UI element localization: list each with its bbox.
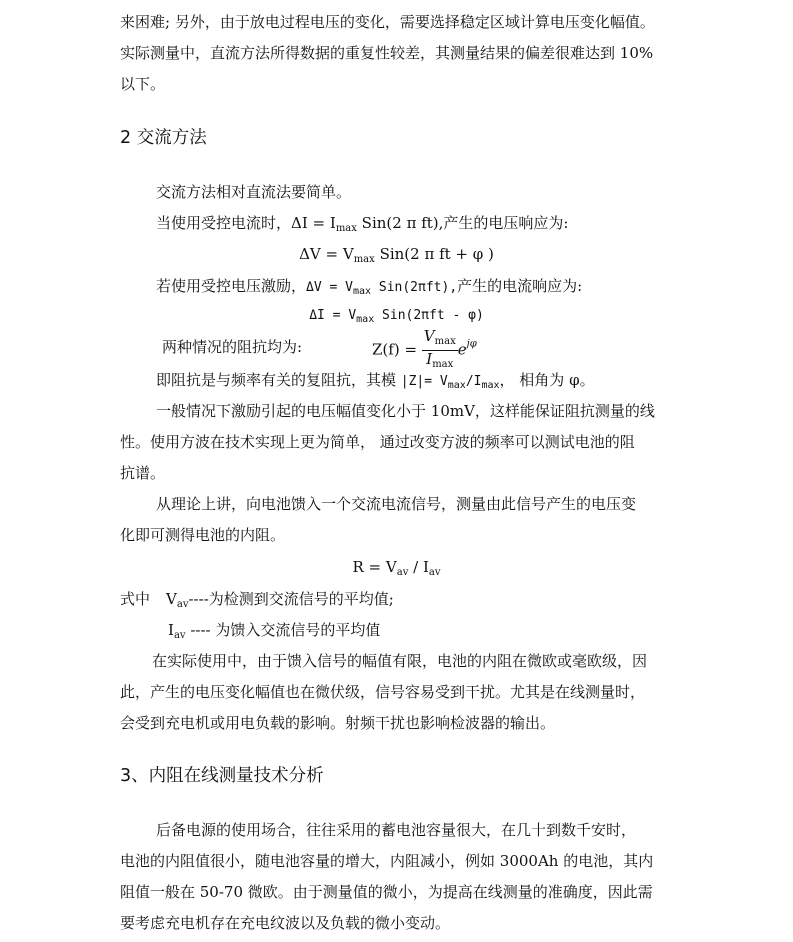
- formula-part: ΔV = V: [299, 245, 354, 263]
- section-heading-2: 2 交流方法: [120, 128, 207, 148]
- superscript: jφ: [467, 339, 477, 350]
- text: 若使用受控电压激励，: [156, 277, 306, 295]
- current-control-line: 当使用受控电流时，ΔI = Imax Sin(2 π ft),产生的电压响应为:: [156, 213, 568, 239]
- paragraph-line: 性。使用方波在技术实现上更为简单， 通过改变方波的频率可以测试电池的阻: [120, 432, 635, 452]
- voltage-response-formula: ΔV = Vmax Sin(2 π ft + φ ): [0, 244, 793, 270]
- formula-part: ΔI = I: [291, 214, 336, 232]
- subscript: max: [356, 314, 374, 325]
- formula-part: |Z|= V: [401, 374, 448, 389]
- formula-part: Sin(2 π ft),: [357, 214, 444, 232]
- text: ---- 为馈入交流信号的平均值: [186, 621, 381, 639]
- paragraph-line: 一般情况下激励引起的电压幅值变化小于 10mV，这样能保证阻抗测量的线: [156, 401, 655, 421]
- text: ----为检测到交流信号的平均值;: [188, 590, 393, 608]
- subscript: max: [354, 254, 375, 265]
- formula-part: Z(f) =: [372, 341, 422, 359]
- paragraph-line: 交流方法相对直流法要简单。: [156, 182, 351, 202]
- formula-part: V: [166, 590, 177, 608]
- paragraph-line: 抗谱。: [120, 463, 165, 483]
- paragraph-line: 电池的内阻值很小，随电池容量的增大，内阻减小，例如 3000Ah 的电池，其内: [120, 851, 653, 871]
- subscript: max: [435, 336, 456, 347]
- subscript: av: [177, 599, 189, 610]
- subscript: max: [336, 223, 357, 234]
- vav-definition: 式中Vav----为检测到交流信号的平均值;: [120, 589, 394, 615]
- current-response-formula: ΔI = Vmax Sin(2πft - φ): [0, 306, 793, 330]
- numerator: Vmax: [422, 328, 458, 351]
- subscript: av: [397, 567, 409, 578]
- paragraph-line: 来困难; 另外，由于放电过程电压的变化，需要选择稳定区域计算电压变化幅值。: [120, 12, 655, 32]
- subscript: av: [429, 567, 441, 578]
- formula-part: Sin(2πft),: [371, 280, 457, 295]
- subscript: max: [353, 286, 371, 297]
- paragraph-line: 从理论上讲，向电池馈入一个交流电流信号，测量由此信号产生的电压变: [156, 494, 636, 514]
- subscript: max: [432, 359, 453, 370]
- paragraph-line: 以下。: [120, 74, 165, 94]
- subscript: max: [448, 380, 466, 391]
- paragraph-line: 会受到充电机或用电负载的影响。射频干扰也影响检波器的输出。: [120, 713, 555, 733]
- paragraph-line: 此，产生的电压变化幅值也在微伏级，信号容易受到干扰。尤其是在线测量时，: [120, 682, 645, 702]
- iav-definition: Iav ---- 为馈入交流信号的平均值: [168, 620, 380, 646]
- subscript: max: [481, 380, 499, 391]
- formula-part: e: [458, 341, 467, 359]
- paragraph-line: 阻值一般在 50-70 微欧。由于测量值的微小，为提高在线测量的准确度，因此需: [120, 882, 653, 902]
- formula-part: ΔV = V: [306, 280, 353, 295]
- impedance-formula: Z(f) = VmaxImaxejφ: [372, 328, 477, 373]
- resistance-formula: R = Vav / Iav: [0, 557, 793, 583]
- subscript: av: [174, 630, 186, 641]
- formula: ΔV = Vmax Sin(2πft),: [306, 280, 457, 295]
- paragraph-line: 要考虑充电机存在充电纹波以及负载的微小变动。: [120, 913, 450, 933]
- complex-impedance-line: 即阻抗是与频率有关的复阻抗，其模 |Z|= Vmax/Imax， 相角为 φ。: [156, 370, 595, 396]
- paragraph-line: 后备电源的使用场合，往往采用的蓄电池容量很大，在几十到数千安时，: [156, 820, 636, 840]
- formula-part: Sin(2πft - φ): [374, 308, 484, 323]
- formula-part: ΔI = V: [309, 308, 356, 323]
- formula-part: Sin(2 π ft + φ ): [375, 245, 494, 263]
- paragraph-line: 实际测量中，直流方法所得数据的重复性较差，其测量结果的偏差很难达到 10%: [120, 43, 653, 63]
- text: 即阻抗是与频率有关的复阻抗，其模: [156, 371, 401, 389]
- formula-part: V: [424, 327, 435, 345]
- section-heading-3: 3、内阻在线测量技术分析: [120, 766, 324, 786]
- text: 产生的电流响应为:: [457, 277, 582, 295]
- formula-part: R = V: [353, 558, 397, 576]
- formula-part: /I: [466, 374, 482, 389]
- where-label: 式中: [120, 590, 150, 608]
- formula: ΔI = Imax Sin(2 π ft),: [291, 214, 443, 232]
- impedance-label: 两种情况的阻抗均为:: [162, 337, 302, 357]
- text: 当使用受控电流时，: [156, 214, 291, 232]
- paragraph-line: 化即可测得电池的内阻。: [120, 525, 285, 545]
- text: 产生的电压响应为:: [443, 214, 568, 232]
- paragraph-line: 在实际使用中，由于馈入信号的幅值有限，电池的内阻在微欧或毫欧级，因: [152, 651, 647, 671]
- fraction: VmaxImax: [422, 328, 458, 373]
- formula: |Z|= Vmax/Imax: [401, 374, 500, 389]
- voltage-control-line: 若使用受控电压激励，ΔV = Vmax Sin(2πft),产生的电流响应为:: [156, 276, 582, 302]
- text: ， 相角为 φ。: [500, 371, 595, 389]
- formula-part: / I: [408, 558, 429, 576]
